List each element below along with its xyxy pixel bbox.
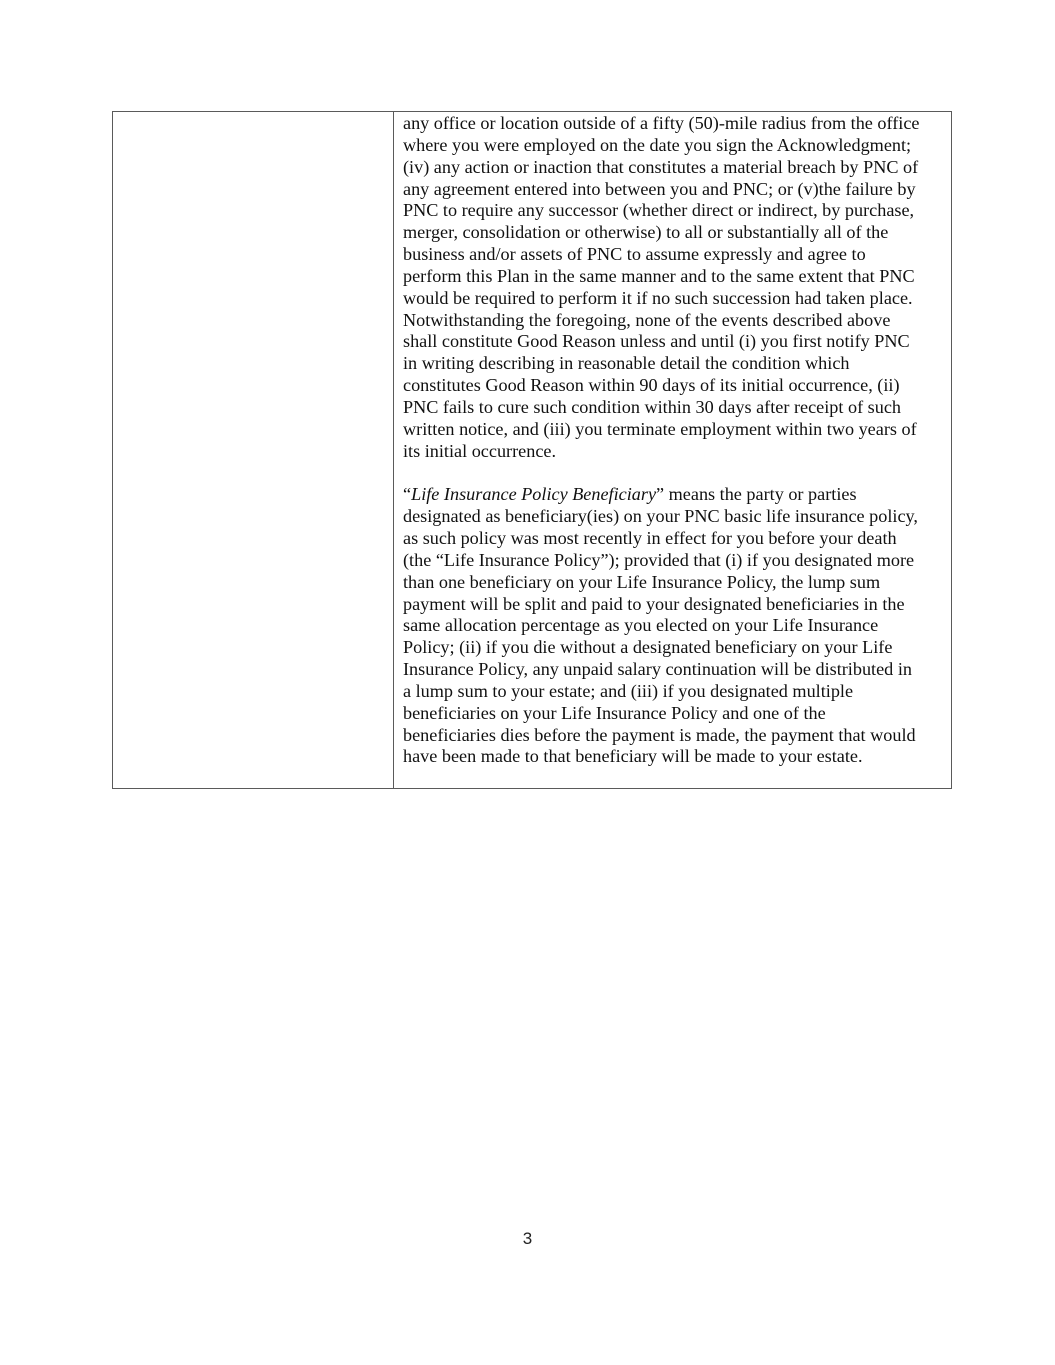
text-line: Notwithstanding the foregoing, none of t… (403, 310, 943, 332)
document-page: any office or location outside of a fift… (0, 0, 1055, 1365)
text-line: beneficiaries dies before the payment is… (403, 725, 943, 747)
text-line: perform this Plan in the same manner and… (403, 266, 943, 288)
text-line: in writing describing in reasonable deta… (403, 353, 943, 375)
text-line: than one beneficiary on your Life Insura… (403, 572, 943, 594)
text-line: any office or location outside of a fift… (403, 113, 943, 135)
text-line: Policy; (ii) if you die without a design… (403, 637, 943, 659)
text-line: where you were employed on the date you … (403, 135, 943, 157)
text-line: designated as beneficiary(ies) on your P… (403, 506, 943, 528)
definition-first-line: “Life Insurance Policy Beneficiary” mean… (403, 484, 943, 506)
text-line: written notice, and (iii) you terminate … (403, 419, 943, 441)
text-line: as such policy was most recently in effe… (403, 528, 943, 550)
text-line: any agreement entered into between you a… (403, 179, 943, 201)
text-line: (iv) any action or inaction that constit… (403, 157, 943, 179)
text-line: (the “Life Insurance Policy”); provided … (403, 550, 943, 572)
text-line: Insurance Policy, any unpaid salary cont… (403, 659, 943, 681)
page-number: 3 (0, 1229, 1055, 1249)
good-reason-continuation-paragraph: any office or location outside of a fift… (403, 113, 943, 463)
text-line: have been made to that beneficiary will … (403, 746, 943, 768)
text-line: PNC fails to cure such condition within … (403, 397, 943, 419)
term-trailing-text: ” means the party or parties (656, 484, 857, 504)
text-line: same allocation percentage as you electe… (403, 615, 943, 637)
text-line: constitutes Good Reason within 90 days o… (403, 375, 943, 397)
text-line: merger, consolidation or otherwise) to a… (403, 222, 943, 244)
definitions-table: any office or location outside of a fift… (112, 111, 952, 789)
text-line: would be required to perform it if no su… (403, 288, 943, 310)
text-line: payment will be split and paid to your d… (403, 594, 943, 616)
text-line: its initial occurrence. (403, 441, 943, 463)
definition-column-cell: any office or location outside of a fift… (394, 112, 951, 788)
term-column-cell (113, 112, 394, 788)
life-insurance-beneficiary-definition: “Life Insurance Policy Beneficiary” mean… (403, 484, 943, 768)
defined-term: Life Insurance Policy Beneficiary (411, 484, 656, 504)
text-line: beneficiaries on your Life Insurance Pol… (403, 703, 943, 725)
text-line: business and/or assets of PNC to assume … (403, 244, 943, 266)
text-line: PNC to require any successor (whether di… (403, 200, 943, 222)
text-line: shall constitute Good Reason unless and … (403, 331, 943, 353)
open-quote: “ (403, 484, 411, 504)
text-line: a lump sum to your estate; and (iii) if … (403, 681, 943, 703)
